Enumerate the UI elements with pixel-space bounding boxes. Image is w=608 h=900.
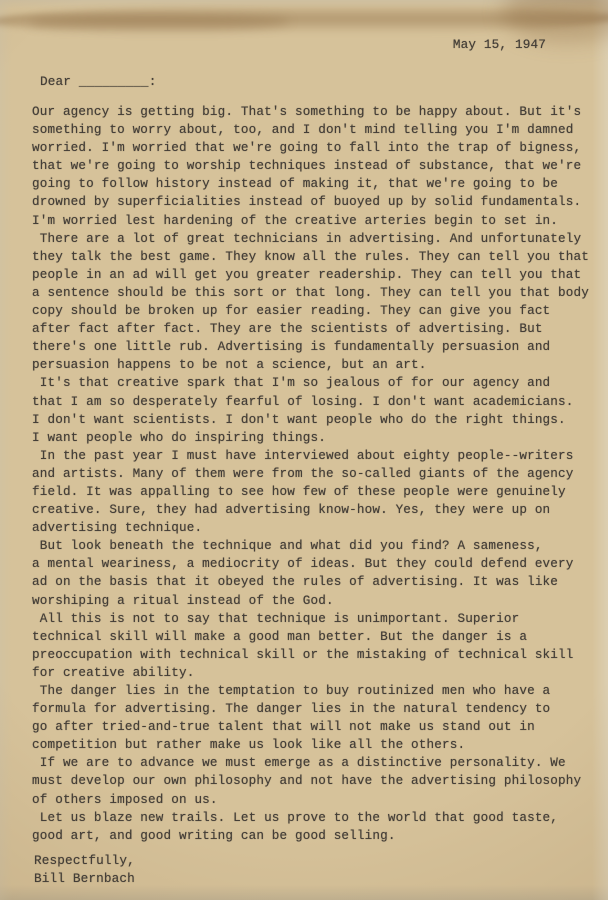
salutation: Dear _________: xyxy=(40,74,156,89)
letter-body: Our agency is getting big. That's someth… xyxy=(32,103,589,845)
closing: Respectfully, xyxy=(34,853,135,868)
paper-aging-corner-stain xyxy=(502,0,608,42)
letter-date: May 15, 1947 xyxy=(453,37,546,52)
signature: Bill Bernbach xyxy=(34,871,135,886)
paper-aging-stain xyxy=(30,14,290,30)
letter-page: May 15, 1947 Dear _________: Our agency … xyxy=(0,0,608,900)
